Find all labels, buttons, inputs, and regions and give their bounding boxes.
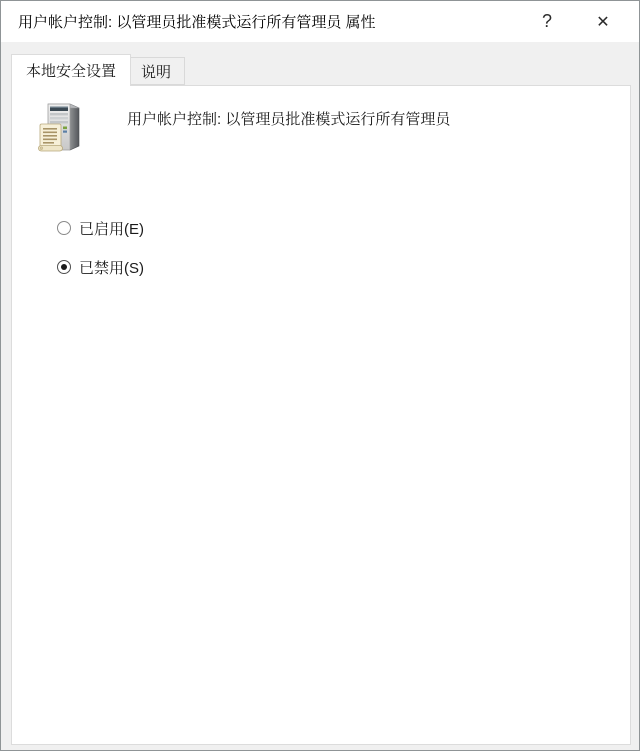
title-bar[interactable]: 用户帐户控制: 以管理员批准模式运行所有管理员 属性 ? ✕ <box>1 1 639 42</box>
window-title: 用户帐户控制: 以管理员批准模式运行所有管理员 属性 <box>1 11 376 32</box>
security-policy-icon <box>37 100 87 154</box>
help-button[interactable]: ? <box>524 1 570 42</box>
tab-label: 说明 <box>141 61 171 82</box>
policy-name: 用户帐户控制: 以管理员批准模式运行所有管理员 <box>127 108 450 129</box>
policy-header: 用户帐户控制: 以管理员批准模式运行所有管理员 <box>37 100 450 154</box>
tab-label: 本地安全设置 <box>26 60 116 81</box>
radio-option-label: 已启用(E) <box>79 218 144 239</box>
radio-option-label: 已禁用(S) <box>79 257 144 278</box>
radio-checked-icon[interactable] <box>57 260 71 274</box>
tab-strip: 本地安全设置 说明 <box>11 54 629 86</box>
radio-option-enabled[interactable]: 已启用(E) <box>57 218 144 238</box>
radio-option-disabled[interactable]: 已禁用(S) <box>57 257 144 277</box>
close-button[interactable]: ✕ <box>580 1 626 42</box>
close-icon: ✕ <box>596 12 609 32</box>
help-icon: ? <box>542 11 552 32</box>
policy-setting-radio-group: 已启用(E) 已禁用(S) <box>57 218 144 296</box>
dialog-window: 用户帐户控制: 以管理员批准模式运行所有管理员 属性 ? ✕ 本地安全设置 说明 <box>0 0 640 751</box>
radio-unchecked-icon[interactable] <box>57 221 71 235</box>
tab-page-local-security-setting: 用户帐户控制: 以管理员批准模式运行所有管理员 已启用(E) 已禁用(S) <box>11 85 631 745</box>
tab-local-security-setting[interactable]: 本地安全设置 <box>11 54 131 86</box>
tab-explain[interactable]: 说明 <box>127 57 185 85</box>
